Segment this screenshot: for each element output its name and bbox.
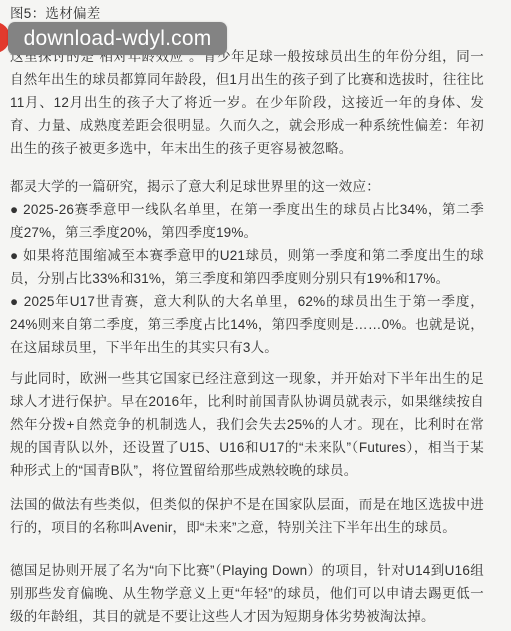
paragraph-relative-age-intro: 这里探讨的是“相对年龄效应”。青少年足球一般按球员出生的年份分组，同一自然年出生… bbox=[10, 45, 484, 160]
figure-caption: 图5：选材偏差 bbox=[10, 3, 484, 24]
paragraph-turin-research: 都灵大学的一篇研究，揭示了意大利足球世界里的这一效应： ● 2025-26赛季意… bbox=[10, 175, 484, 359]
research-lead-line: 都灵大学的一篇研究，揭示了意大利足球世界里的这一效应： bbox=[10, 175, 484, 198]
paragraph-france-avenir: 法国的做法有些类似，但类似的保护不是在国家队层面，而是在地区选拔中进行的，项目的… bbox=[10, 493, 484, 539]
watermark-badge: download-wdyl.com bbox=[8, 22, 227, 55]
article-page: 图5：选材偏差 download-wdyl.com 这里探讨的是“相对年龄效应”… bbox=[0, 0, 511, 631]
research-bullet-u17: ● 2025年U17世青赛，意大利队的大名单里，62%的球员出生于第一季度，24… bbox=[10, 290, 484, 359]
paragraph-germany-playing-down: 德国足协则开展了名为“向下比赛”（Playing Down）的项目，针对U14到… bbox=[10, 559, 484, 628]
research-bullet-u21: ● 如果将范围缩减至本赛季意甲的U21球员，则第一季度和第二季度出生的球员，分别… bbox=[10, 244, 484, 290]
watermark-text: download-wdyl.com bbox=[24, 28, 212, 49]
research-bullet-serie-a: ● 2025-26赛季意甲一线队名单里，在第一季度出生的球员占比34%，第二季度… bbox=[10, 198, 484, 244]
paragraph-europe-belgium: 与此同时，欧洲一些其它国家已经注意到这一现象，并开始对下半年出生的足球人才进行保… bbox=[10, 367, 484, 482]
